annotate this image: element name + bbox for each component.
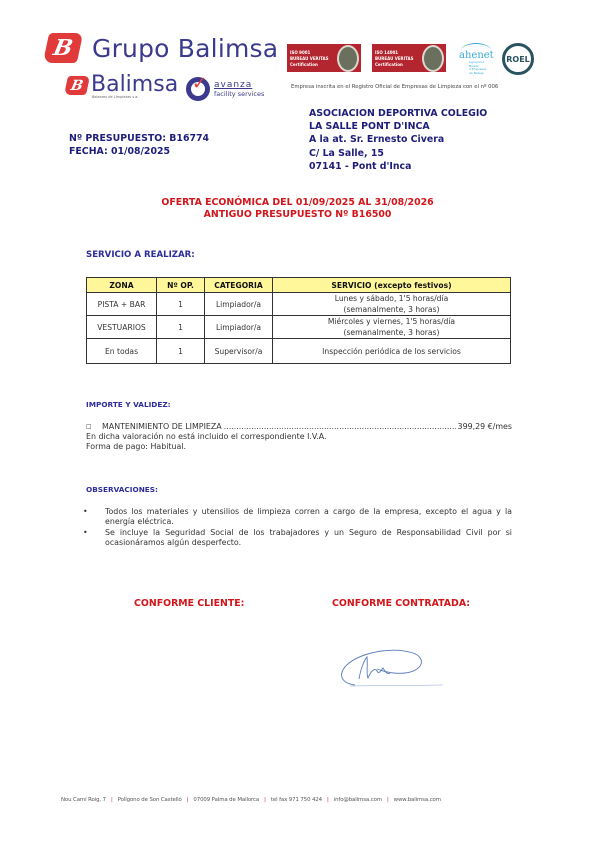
brand-name: Balimsa — [91, 75, 178, 95]
cell-zona: VESTUARIOS — [87, 316, 157, 339]
quote-number: Nº PRESUPUESTO: B16774 — [69, 132, 209, 145]
column-header: ZONA — [87, 278, 157, 293]
pricing-item: □ MANTENIMIENTO DE LIMPIEZA ............… — [86, 422, 512, 432]
cell-zona: En todas — [87, 339, 157, 364]
registry-note: Empresa inscrita en el Registro Oficial … — [291, 84, 498, 90]
footer-phone: tel fax 971 750 424 — [271, 797, 322, 803]
offer-title-block: OFERTA ECONÓMICA DEL 01/09/2025 AL 31/08… — [0, 197, 595, 221]
cell-servicio: Lunes y sábado, 1'5 horas/día (semanalme… — [273, 293, 511, 316]
footer: Nou Camí Roig, 7|Polígono de Son Castell… — [61, 797, 441, 803]
balimsa-b-icon: B — [43, 33, 83, 63]
column-header: Nº OP. — [157, 278, 205, 293]
recipient-line: ASOCIACION DEPORTIVA COLEGIO — [309, 107, 487, 120]
balimsa-small-b-icon: B — [64, 76, 90, 95]
pricing-block: □ MANTENIMIENTO DE LIMPIEZA ............… — [86, 422, 512, 453]
pricing-item-label: MANTENIMIENTO DE LIMPIEZA — [102, 422, 222, 432]
balimsa-logo: B Balimsa Baleares de Limpiezas s.a. — [66, 75, 178, 99]
recipient-address: ASOCIACION DEPORTIVA COLEGIO LA SALLE PO… — [309, 107, 487, 173]
cell-categoria: Limpiador/a — [205, 316, 273, 339]
checkbox-bullet-icon: □ — [86, 422, 102, 432]
footer-separator: | — [111, 797, 113, 803]
cell-op: 1 — [157, 339, 205, 364]
footer-address: Nou Camí Roig, 7 — [61, 797, 106, 803]
cell-servicio: Inspección periódica de los servicios — [273, 339, 511, 364]
table-header-row: ZONA Nº OP. CATEGORIA SERVICIO (excepto … — [87, 278, 511, 293]
bureau-veritas-seal-icon — [337, 45, 359, 72]
quote-meta: Nº PRESUPUESTO: B16774 FECHA: 01/08/2025 — [69, 132, 209, 158]
payment-terms: Forma de pago: Habitual. — [86, 442, 512, 452]
group-name: Grupo Balimsa — [92, 34, 278, 63]
recipient-line: C/ La Salle, 15 — [309, 147, 487, 160]
pricing-item-amount: 399,29 €/mes — [458, 422, 512, 432]
check-icon: ✓ — [192, 73, 207, 94]
cell-op: 1 — [157, 293, 205, 316]
cell-op: 1 — [157, 316, 205, 339]
column-header: SERVICIO (excepto festivos) — [273, 278, 511, 293]
cell-zona: PISTA + BAR — [87, 293, 157, 316]
avanza-logo: ✓ avanza facility services — [186, 77, 264, 101]
contractor-signature-icon — [335, 645, 445, 690]
observations-list: Todos los materiales y utensilios de lim… — [80, 507, 512, 549]
leader-dots: ........................................… — [224, 422, 456, 432]
cell-servicio: Miércoles y viernes, 1'5 horas/día (sema… — [273, 316, 511, 339]
footer-industrial-estate: Polígono de Son Castelló — [118, 797, 182, 803]
column-header: CATEGORIA — [205, 278, 273, 293]
vat-note: En dicha valoración no está incluido el … — [86, 432, 512, 442]
footer-separator: | — [327, 797, 329, 803]
grupo-balimsa-logo: B Grupo Balimsa — [46, 33, 278, 63]
ahenet-subtitle: Agrupació Balear d'Empreses de Neteja — [469, 61, 489, 75]
footer-email-link[interactable]: info@balimsa.com — [334, 797, 382, 803]
client-signature-label: CONFORME CLIENTE: — [134, 598, 244, 609]
roel-name: ROEL — [506, 55, 530, 64]
footer-separator: | — [387, 797, 389, 803]
roel-logo: ROEL — [502, 43, 534, 75]
recipient-line: A la at. Sr. Ernesto Civera — [309, 133, 487, 146]
service-heading: SERVICIO A REALIZAR: — [86, 250, 195, 260]
previous-quote: ANTIGUO PRESUPUESTO Nº B16500 — [0, 209, 595, 221]
recipient-line: 07141 - Pont d'Inca — [309, 160, 487, 173]
recipient-line: LA SALLE PONT D'INCA — [309, 120, 487, 133]
pricing-heading: IMPORTE Y VALIDEZ: — [86, 400, 171, 409]
table-row: En todas 1 Supervisor/a Inspección perió… — [87, 339, 511, 364]
observation-item: Se incluye la Seguridad Social de los tr… — [80, 528, 512, 549]
observation-item: Todos los materiales y utensilios de lim… — [80, 507, 512, 528]
footer-city: 07009 Palma de Mallorca — [193, 797, 259, 803]
partner-name: avanza — [214, 80, 264, 90]
ahenet-logo: ahenet Agrupació Balear d'Empreses de Ne… — [459, 43, 493, 75]
table-row: VESTUARIOS 1 Limpiador/a Miércoles y vie… — [87, 316, 511, 339]
footer-separator: | — [187, 797, 189, 803]
quote-date: FECHA: 01/08/2025 — [69, 145, 209, 158]
partner-subtitle: facility services — [214, 90, 264, 98]
iso-9001-badge: ISO 9001 BUREAU VERITAS Certification — [287, 44, 359, 72]
offer-title: OFERTA ECONÓMICA DEL 01/09/2025 AL 31/08… — [0, 197, 595, 209]
footer-separator: | — [264, 797, 266, 803]
cell-categoria: Supervisor/a — [205, 339, 273, 364]
table-row: PISTA + BAR 1 Limpiador/a Lunes y sábado… — [87, 293, 511, 316]
cell-categoria: Limpiador/a — [205, 293, 273, 316]
bureau-veritas-seal-icon — [422, 45, 444, 72]
footer-website-link[interactable]: www.balimsa.com — [394, 797, 441, 803]
observations-heading: OBSERVACIONES: — [86, 485, 158, 494]
contractor-signature-label: CONFORME CONTRATADA: — [332, 598, 470, 609]
iso-14001-badge: ISO 14001 BUREAU VERITAS Certification — [372, 44, 444, 72]
service-table: ZONA Nº OP. CATEGORIA SERVICIO (excepto … — [86, 277, 511, 364]
